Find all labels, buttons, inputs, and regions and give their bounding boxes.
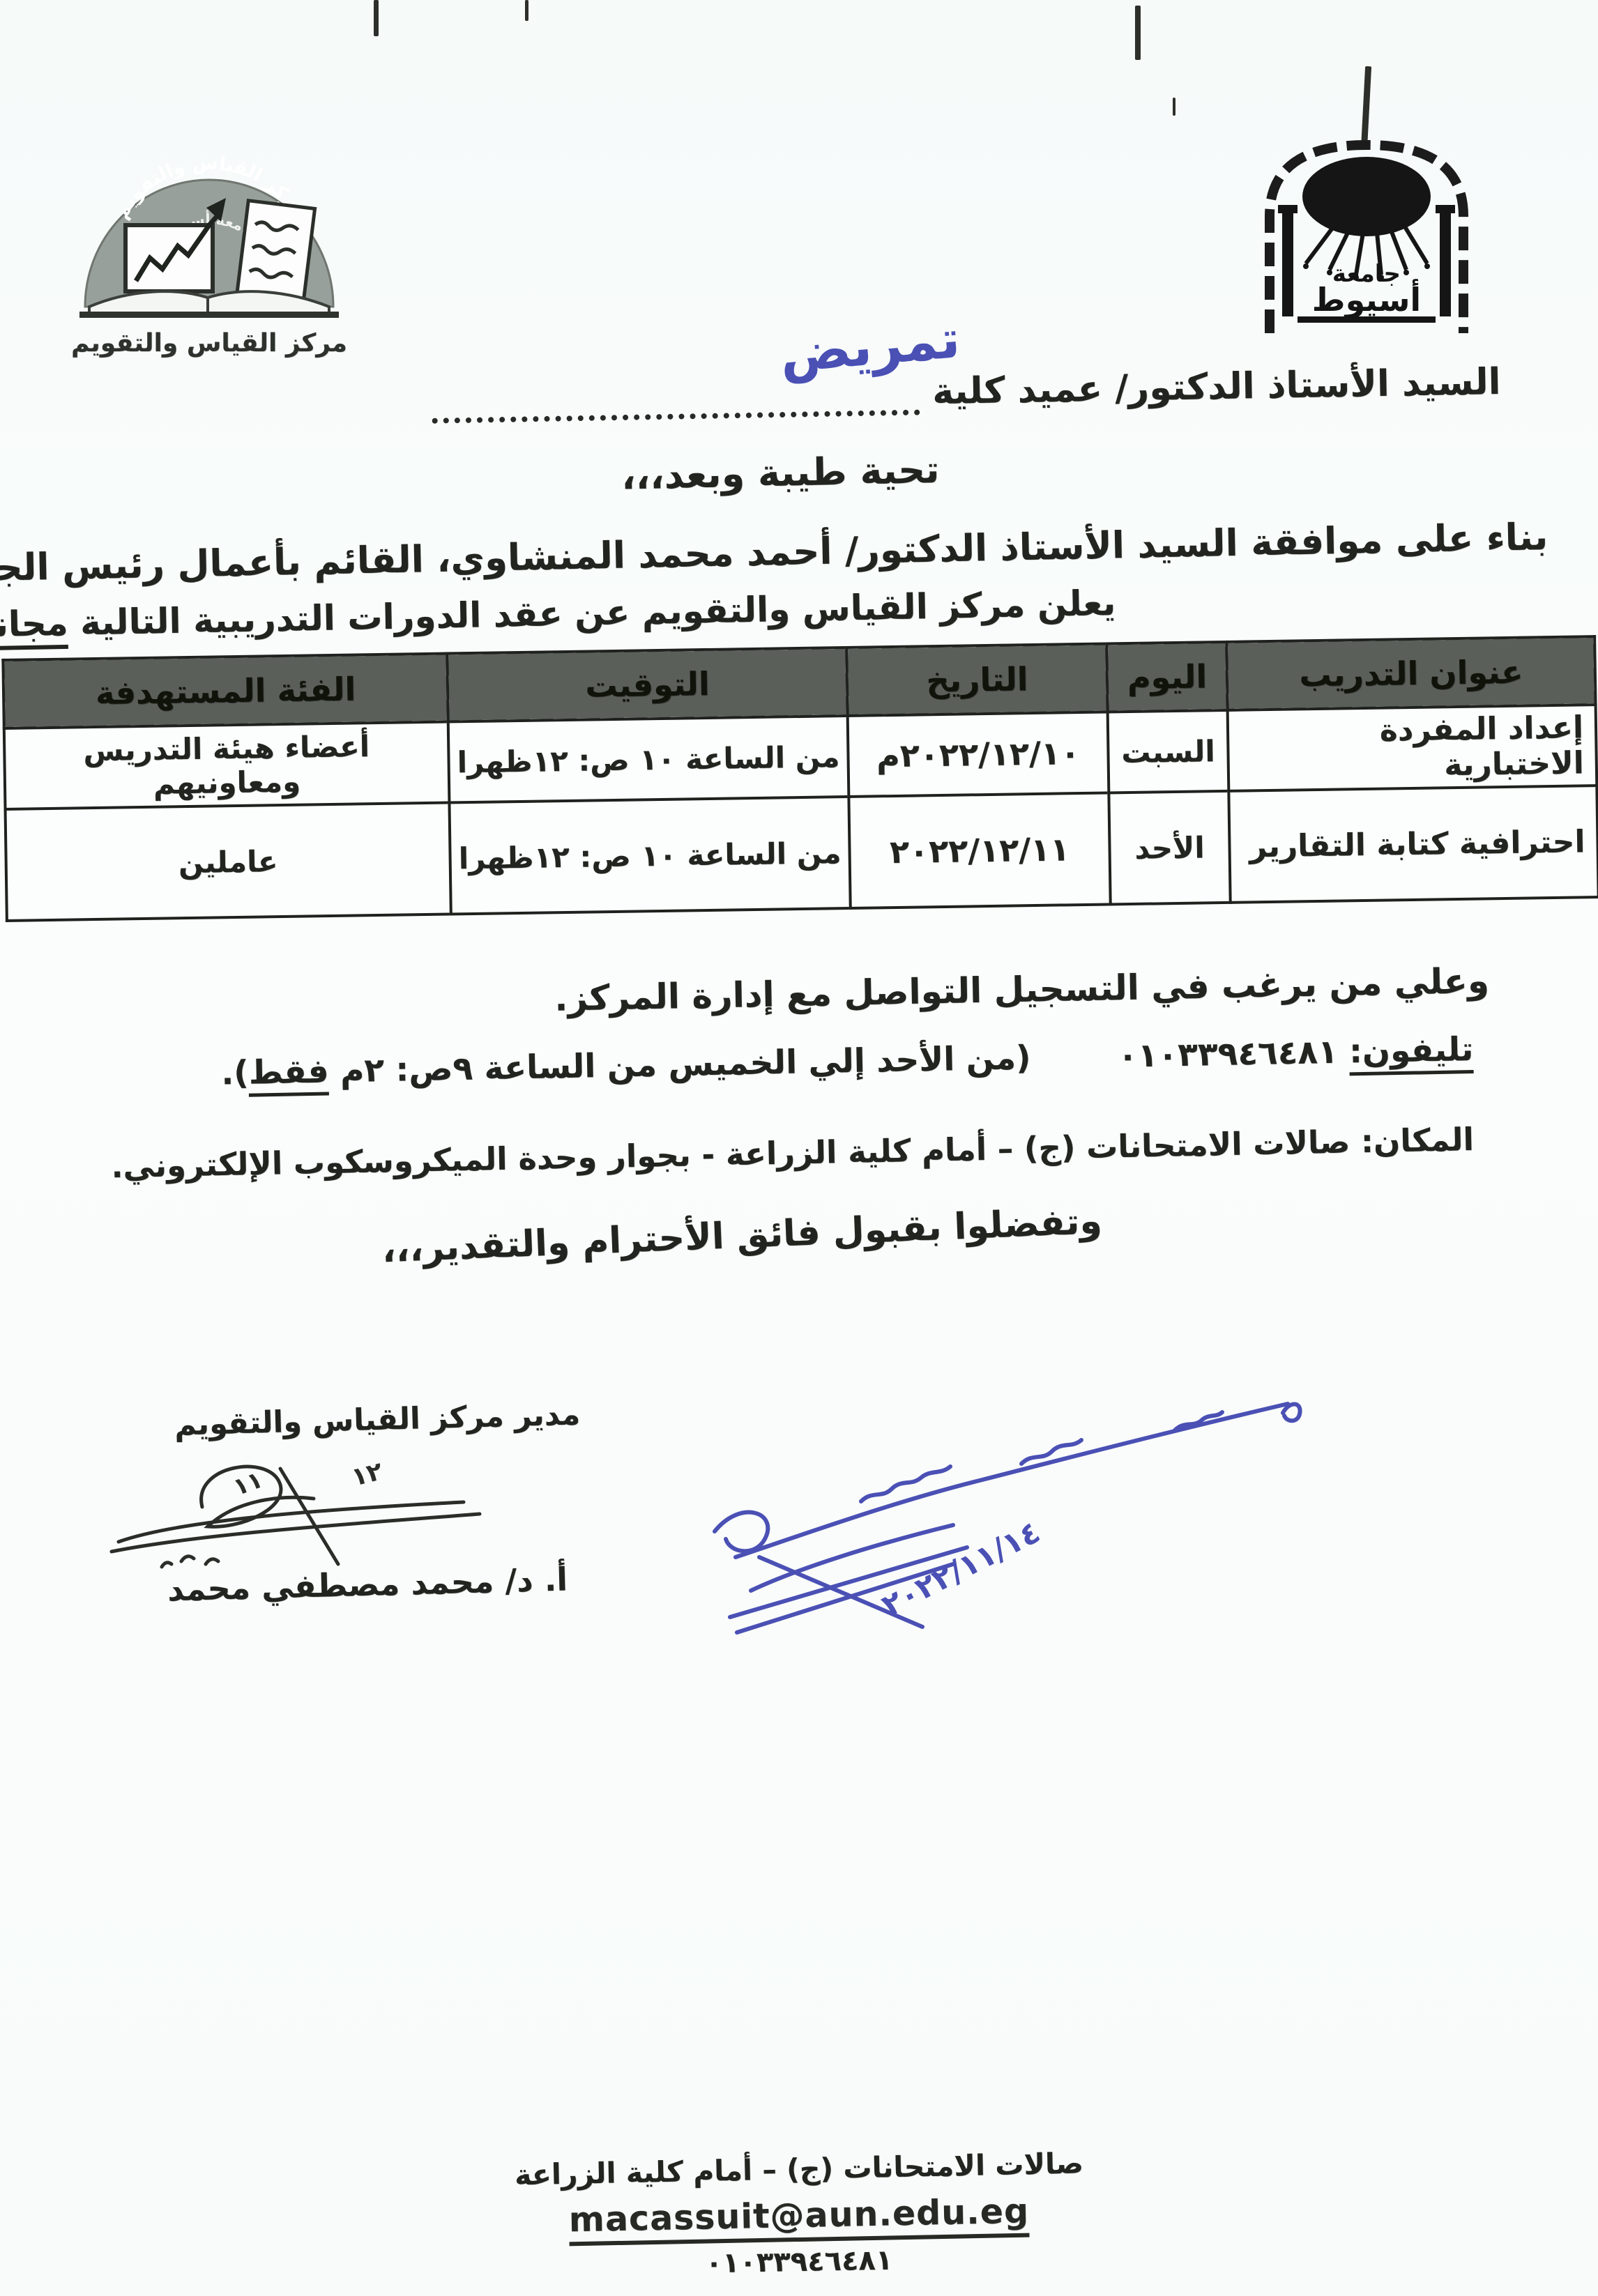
col-header-day: اليوم [1106,642,1227,712]
logo-caption: مركز القياس والتقويم [70,329,349,358]
phone-hours-only-word: فقط [248,1053,329,1097]
course-date-cell: ٢٠٢٢/١٢/١٠م [848,712,1109,797]
spacer [1042,1067,1106,1069]
course-audience-cell: أعضاء هيئة التدريس ومعاونيهم [4,721,450,809]
registration-line: وعلي من يرغب في التسجيل التواصل مع إدارة… [554,961,1490,1019]
course-day-cell: الأحد [1109,791,1230,905]
phone-number: ٠١٠٣٣٩٤٦٤٨١ [1117,1033,1338,1076]
course-time-cell: من الساعة ١٠ ص: ١٢ظهرا [449,797,850,914]
location-label: المكان: [1361,1121,1475,1160]
table-row: احترافية كتابة التقارير الأحد ٢٠٢٢/١٢/١١… [6,786,1598,921]
approval-signature: ٢٠٢٢/١١/١٤ [687,1382,1314,1663]
approval-signature-icon: ٢٠٢٢/١١/١٤ [687,1382,1314,1660]
announcement-text: يعلن مركز القياس والتقويم عن عقد الدورات… [68,583,1116,643]
sun-icon [1302,157,1431,236]
col-header-training-title: عنوان التدريب [1226,636,1595,710]
director-signature: ١٢ ١١ [98,1437,488,1572]
phone-line: تليفون: ٠١٠٣٣٩٤٦٤٨١ (من الأحد إلي الخميس… [221,1030,1474,1092]
closing-line: وتفضلوا بقبول فائق الأحترام والتقدير،،، [381,1200,1102,1271]
signature-mark: ١١ [229,1466,266,1502]
phone-hours-close: ). [221,1054,249,1093]
course-date-cell: ٢٠٢٢/١٢/١١ [849,793,1110,908]
announcement-line: يعلن مركز القياس والتقويم عن عقد الدورات… [0,583,1116,645]
greeting-line: تحية طيبة وبعد،،، [621,447,940,498]
signature-mark: ١٢ [349,1457,386,1492]
measurement-center-logo: مركز القياس والتقويم جامعة أسيوط مركز ال… [70,103,349,358]
intro-paragraph: بناء على موافقة السيد الأستاذ الدكتور/ أ… [0,516,1548,591]
location-line: المكان: صالات الامتحانات (ج) – أمام كلية… [111,1121,1475,1185]
course-audience-cell: عاملين [6,802,451,920]
course-title-cell: احترافية كتابة التقارير [1228,786,1598,903]
phone-hours: (من الأحد إلي الخميس من الساعة ٩ص: ٢م [328,1039,1031,1090]
measurement-center-logo-icon: مركز القياس والتقويم جامعة أسيوط [70,103,349,323]
phone-label: تليفون: [1348,1030,1473,1076]
col-header-audience: الفئة المستهدفة [3,654,448,728]
courses-table: عنوان التدريب اليوم التاريخ التوقيت الفئ… [1,635,1598,922]
scan-artifact [525,0,528,21]
course-time-cell: من الساعة ١٠ ص: ١٢ظهرا [448,716,849,802]
addressee-text: السيد الأستاذ الدكتور/ عميد كلية [931,361,1500,413]
scan-artifact [1173,98,1175,116]
emblem-word-assiut: أسيوط [1312,279,1421,319]
document-icon [237,201,315,303]
assiut-university-emblem: جامعة أسيوط [1251,127,1482,343]
addressee-line: السيد الأستاذ الدكتور/ عميد كلية [428,361,1500,424]
col-header-time: التوقيت [447,648,847,721]
director-signature-icon: ١٢ ١١ [98,1437,488,1570]
approval-date: ٢٠٢٢/١١/١٤ [876,1514,1046,1624]
assiut-university-emblem-icon: جامعة أسيوط [1251,127,1482,343]
announcement-free-word: مجاناً [0,603,68,650]
scan-artifact [1135,6,1141,60]
scan-artifact [374,0,379,36]
col-header-date: التاريخ [846,643,1107,716]
location-text: صالات الامتحانات (ج) – أمام كلية الزراعة… [111,1123,1362,1185]
signature-title: مدير مركز القياس والتقويم [174,1397,580,1442]
course-day-cell: السبت [1108,710,1229,793]
dotted-blank-line [432,385,920,424]
course-title-cell: إعداد المفردة الاختبارية [1228,705,1597,791]
footer-email: macassuit@aun.edu.eg [568,2191,1029,2247]
